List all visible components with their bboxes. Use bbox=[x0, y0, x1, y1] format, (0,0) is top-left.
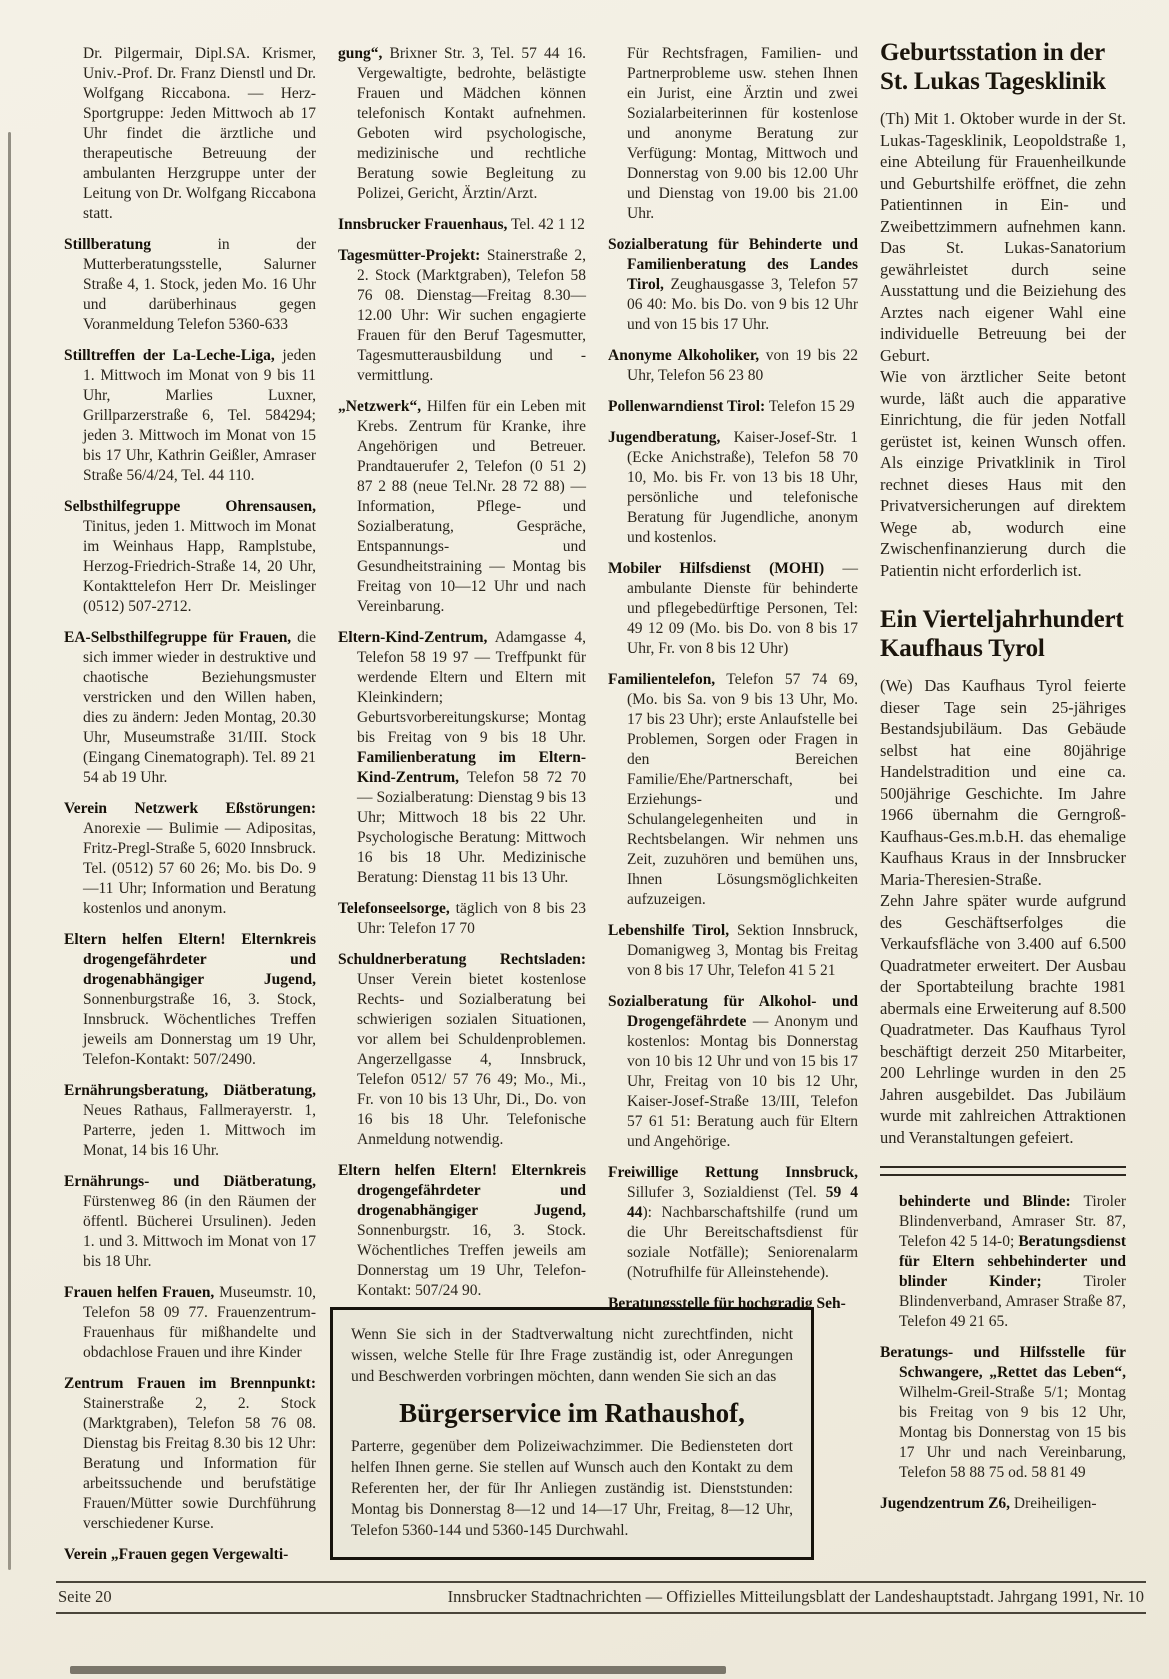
entry-text: jeden 1. Mittwoch im Monat von 9 bis 11 … bbox=[83, 347, 316, 484]
directory-entry: Pollenwarndienst Tirol: Telefon 15 29 bbox=[608, 397, 858, 417]
entry-lead: gung“, bbox=[338, 45, 382, 62]
entry-lead: Verein Netzwerk Eßstörungen: bbox=[64, 800, 316, 817]
entry-lead: Schuldnerberatung Rechtsladen: bbox=[338, 951, 586, 968]
article-body: (Th) Mit 1. Oktober wurde in der St. Luk… bbox=[880, 108, 1126, 581]
entry-lead: Stillberatung bbox=[64, 236, 151, 253]
entry-text: Neues Rathaus, Fallmerayerstr. 1, Parter… bbox=[83, 1102, 316, 1159]
directory-entry: EA-Selbsthilfegruppe für Frauen, die sic… bbox=[64, 628, 316, 788]
entry-lead: Ernährungsberatung, Diätberatung, bbox=[64, 1082, 316, 1099]
entry-lead: EA-Selbsthilfegruppe für Frauen, bbox=[64, 629, 291, 646]
directory-entry: Frauen helfen Frauen, Museumstr. 10, Tel… bbox=[64, 1283, 316, 1363]
entry-text: Adamgasse 4, Telefon 58 19 97 — Treffpun… bbox=[357, 629, 586, 746]
directory-entry: Stillberatung in der Mutterberatungsstel… bbox=[64, 235, 316, 335]
directory-entry: Beratungs- und Hilfsstelle für Schwanger… bbox=[880, 1343, 1126, 1483]
page-number: Seite 20 bbox=[58, 1587, 112, 1607]
directory-entry: Ernährungs- und Diätberatung, Fürstenweg… bbox=[64, 1172, 316, 1272]
entry-text: Anorexie — Bulimie — Adipositas, Fritz-P… bbox=[83, 820, 316, 917]
scan-edge-artifact bbox=[8, 132, 11, 1570]
entry-text: Brixner Str. 3, Tel. 57 44 16. Vergewalt… bbox=[357, 45, 586, 202]
entry-lead: Pollenwarndienst Tirol: bbox=[608, 398, 765, 415]
notice-intro: Wenn Sie sich in der Stadtverwaltung nic… bbox=[351, 1324, 793, 1387]
entry-lead: Verein „Frauen gegen Vergewalti- bbox=[64, 1546, 288, 1563]
entry-lead: Frauen helfen Frauen, bbox=[64, 1284, 214, 1301]
entry-text: Telefon 57 74 69, (Mo. bis Sa. von 9 bis… bbox=[627, 671, 858, 908]
entry-lead: Selbsthilfegruppe Ohrensausen, bbox=[64, 498, 316, 515]
directory-entry: Eltern-Kind-Zentrum, Adamgasse 4, Telefo… bbox=[338, 628, 586, 888]
entry-text: Unser Verein bietet kostenlose Rechts- u… bbox=[357, 971, 586, 1148]
entry-text: Tinitus, jeden 1. Mittwoch im Monat im W… bbox=[83, 518, 316, 615]
entry-text: Telefon 15 29 bbox=[765, 398, 854, 415]
entry-text: Fürstenweg 86 (in den Räumen der öffentl… bbox=[83, 1193, 316, 1270]
directory-entry: Jugendberatung, Kaiser-Josef-Str. 1 (Eck… bbox=[608, 428, 858, 548]
directory-entry: Zentrum Frauen im Brennpunkt: Stainerstr… bbox=[64, 1374, 316, 1534]
directory-entry: Innsbrucker Frauenhaus, Tel. 42 1 12 bbox=[338, 215, 586, 235]
entry-text: Hilfen für ein Leben mit Krebs. Zentrum … bbox=[357, 398, 586, 615]
article-paragraph: Wie von ärztlicher Seite betont wurde, l… bbox=[880, 366, 1126, 581]
directory-entry: behinderte und Blinde: Tiroler Blindenve… bbox=[880, 1192, 1126, 1332]
scan-bottom-artifact bbox=[70, 1666, 726, 1674]
column-4: Geburtsstation in der St. Lukas Tageskli… bbox=[880, 38, 1126, 1525]
entry-lead: behinderte und Blinde: bbox=[899, 1193, 1071, 1210]
buergerservice-notice-box: Wenn Sie sich in der Stadtverwaltung nic… bbox=[330, 1307, 814, 1560]
entry-lead: Freiwillige Rettung Innsbruck, bbox=[608, 1164, 858, 1181]
directory-entry: Eltern helfen Eltern! Elternkreis drogen… bbox=[64, 930, 316, 1070]
entry-text: Tel. 42 1 12 bbox=[507, 216, 584, 233]
footer-rule-bottom bbox=[56, 1612, 1146, 1614]
entry-text: ): Nachbarschaftshilfe (rund um die Uhr … bbox=[627, 1204, 858, 1281]
directory-entry: Telefonseelsorge, täglich von 8 bis 23 U… bbox=[338, 899, 586, 939]
article-paragraph: (We) Das Kaufhaus Tyrol feierte dieser T… bbox=[880, 675, 1126, 890]
entry-lead: Familientelefon, bbox=[608, 671, 715, 688]
entry-lead: Stilltreffen der La-Leche-Liga, bbox=[64, 347, 275, 364]
entry-text: Kaiser-Josef-Str. 1 (Ecke Anichstraße), … bbox=[627, 429, 858, 546]
article-paragraph: (Th) Mit 1. Oktober wurde in der St. Luk… bbox=[880, 108, 1126, 366]
notice-title: Bürgerservice im Rathaushof, bbox=[351, 1398, 793, 1428]
entry-lead: Zentrum Frauen im Brennpunkt: bbox=[64, 1375, 316, 1392]
entry-lead: Eltern-Kind-Zentrum, bbox=[338, 629, 487, 646]
entry-lead: Eltern helfen Eltern! Elternkreis drogen… bbox=[64, 931, 316, 988]
directory-entry: Anonyme Alkoholiker, von 19 bis 22 Uhr, … bbox=[608, 346, 858, 386]
directory-entry: Freiwillige Rettung Innsbruck, Sillufer … bbox=[608, 1163, 858, 1283]
directory-entry: „Netzwerk“, Hilfen für ein Leben mit Kre… bbox=[338, 397, 586, 617]
entry-text: Dreiheiligen- bbox=[1010, 1495, 1097, 1512]
directory-entry: gung“, Brixner Str. 3, Tel. 57 44 16. Ve… bbox=[338, 44, 586, 204]
entry-lead: Tagesmütter-Projekt: bbox=[338, 247, 480, 264]
entry-text: Dr. Pilgermair, Dipl.SA. Krismer, Univ.-… bbox=[83, 45, 316, 222]
entry-text: Stainerstraße 2, 2. Stock (Marktgraben),… bbox=[83, 1395, 316, 1532]
entry-lead: „Netzwerk“, bbox=[338, 398, 421, 415]
entry-text: Sonnenburgstr. 16, 3. Stock. Wöchentlich… bbox=[357, 1222, 586, 1299]
directory-entry: Lebenshilfe Tirol, Sektion Innsbruck, Do… bbox=[608, 921, 858, 981]
column-1: Dr. Pilgermair, Dipl.SA. Krismer, Univ.-… bbox=[64, 44, 316, 1576]
article-body: (We) Das Kaufhaus Tyrol feierte dieser T… bbox=[880, 675, 1126, 1148]
directory-entry: Dr. Pilgermair, Dipl.SA. Krismer, Univ.-… bbox=[64, 44, 316, 224]
article-title: Ein Vierteljahrhundert Kaufhaus Tyrol bbox=[880, 605, 1126, 663]
column-4-directory: behinderte und Blinde: Tiroler Blindenve… bbox=[880, 1192, 1126, 1514]
entry-lead: Anonyme Alkoholiker, bbox=[608, 347, 759, 364]
entry-text: Für Rechtsfragen, Familien- und Partnerp… bbox=[627, 45, 858, 222]
directory-entry: Tagesmütter-Projekt: Stainerstraße 2, 2.… bbox=[338, 246, 586, 386]
entry-lead: Mobiler Hilfsdienst (MOHI) bbox=[608, 560, 824, 577]
newspaper-page: Dr. Pilgermair, Dipl.SA. Krismer, Univ.-… bbox=[0, 0, 1169, 1679]
entry-text: die sich immer wieder in destruktive und… bbox=[83, 629, 316, 786]
directory-entry: Sozialberatung für Behinderte und Famili… bbox=[608, 235, 858, 335]
directory-entry: Sozialberatung für Alkohol- und Drogenge… bbox=[608, 992, 858, 1152]
entry-lead: Ernährungs- und Diätberatung, bbox=[64, 1173, 316, 1190]
entry-text: — Anonym und kostenlos: Montag bis Donne… bbox=[627, 1013, 858, 1150]
masthead: Innsbrucker Stadtnachrichten — Offiziell… bbox=[448, 1587, 1144, 1607]
section-divider bbox=[880, 1166, 1126, 1176]
directory-entry: Verein Netzwerk Eßstörungen: Anorexie — … bbox=[64, 799, 316, 919]
article-paragraph: Zehn Jahre später wurde aufgrund des Ges… bbox=[880, 890, 1126, 1148]
directory-entry: Mobiler Hilfsdienst (MOHI) — ambulante D… bbox=[608, 559, 858, 659]
directory-entry: Jugendzentrum Z6, Dreiheiligen- bbox=[880, 1494, 1126, 1514]
directory-entry: Schuldnerberatung Rechtsladen: Unser Ver… bbox=[338, 950, 586, 1150]
entry-lead: Beratungs- und Hilfsstelle für Schwanger… bbox=[880, 1344, 1126, 1381]
entry-lead: Jugendzentrum Z6, bbox=[880, 1495, 1010, 1512]
directory-entry: Ernährungsberatung, Diätberatung, Neues … bbox=[64, 1081, 316, 1161]
notice-body: Parterre, gegenüber dem Polizeiwachzimme… bbox=[351, 1436, 793, 1541]
column-3: Für Rechtsfragen, Familien- und Partnerp… bbox=[608, 44, 858, 1325]
entry-text: Stainerstraße 2, 2. Stock (Marktgraben),… bbox=[357, 247, 586, 384]
article-title: Geburtsstation in der St. Lukas Tageskli… bbox=[880, 38, 1126, 96]
entry-lead: Lebenshilfe Tirol, bbox=[608, 922, 729, 939]
directory-entry: Für Rechtsfragen, Familien- und Partnerp… bbox=[608, 44, 858, 224]
entry-text: Sonnenburgstraße 16, 3. Stock, Innsbruck… bbox=[83, 991, 316, 1068]
directory-entry: Stilltreffen der La-Leche-Liga, jeden 1.… bbox=[64, 346, 316, 486]
entry-lead: Jugendberatung, bbox=[608, 429, 720, 446]
directory-entry: Eltern helfen Eltern! Elternkreis drogen… bbox=[338, 1161, 586, 1301]
entry-text: Wilhelm-Greil-Straße 5/1; Montag bis Fre… bbox=[899, 1384, 1126, 1481]
directory-entry: Familientelefon, Telefon 57 74 69, (Mo. … bbox=[608, 670, 858, 910]
entry-lead: Innsbrucker Frauenhaus, bbox=[338, 216, 507, 233]
entry-text: Telefon 58 72 70 — Sozialberatung: Diens… bbox=[357, 769, 586, 886]
page-footer: Seite 20 Innsbrucker Stadtnachrichten — … bbox=[56, 1581, 1146, 1614]
entry-lead: Eltern helfen Eltern! Elternkreis drogen… bbox=[338, 1162, 586, 1219]
directory-entry: Selbsthilfegruppe Ohrensausen, Tinitus, … bbox=[64, 497, 316, 617]
directory-entry: Verein „Frauen gegen Vergewalti- bbox=[64, 1545, 316, 1565]
entry-lead: Telefonseelsorge, bbox=[338, 900, 450, 917]
entry-text: Sillufer 3, Sozialdienst (Tel. bbox=[627, 1184, 826, 1201]
column-2: gung“, Brixner Str. 3, Tel. 57 44 16. Ve… bbox=[338, 44, 586, 1363]
